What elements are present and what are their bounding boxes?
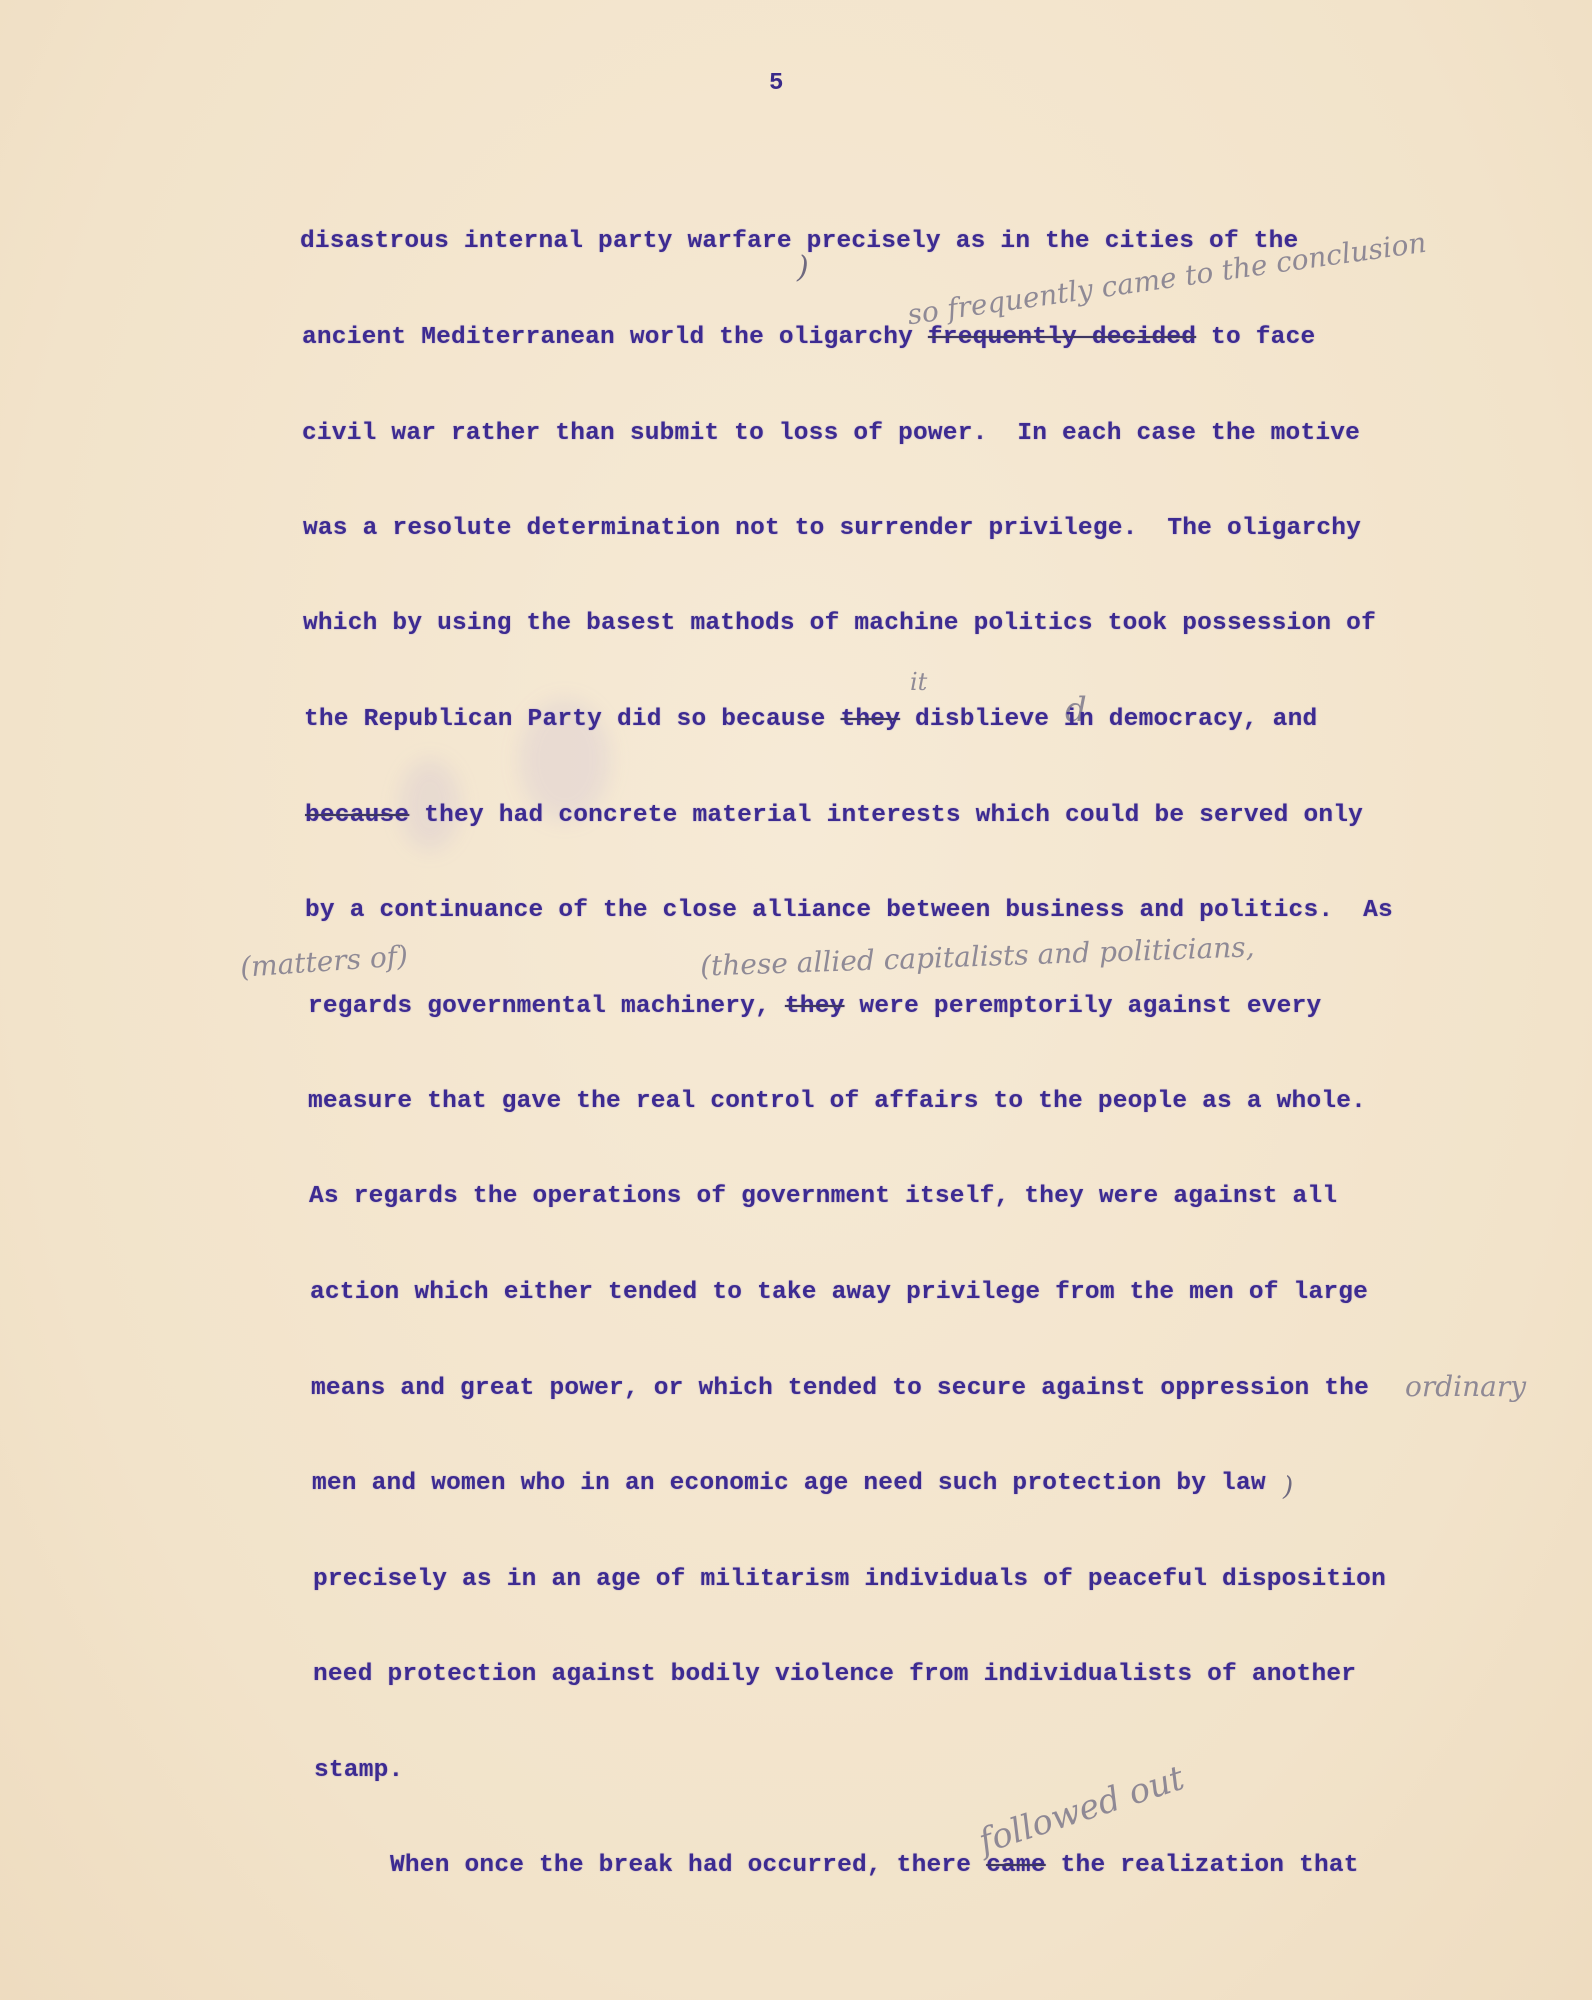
page-number: 5 bbox=[769, 70, 783, 97]
text-segment: they had concrete material interests whi… bbox=[409, 802, 1363, 829]
struck-text: they bbox=[785, 993, 845, 1020]
handwritten-insert-it: it bbox=[910, 668, 927, 696]
text-segment: ancient Mediterranean world the oligarch… bbox=[302, 324, 928, 351]
text-line-13: means and great power, or which tended t… bbox=[311, 1375, 1369, 1402]
text-line-4: was a resolute determination not to surr… bbox=[303, 515, 1361, 542]
text-segment: When once the break had occurred, there bbox=[390, 1852, 986, 1879]
struck-text: because bbox=[305, 802, 409, 829]
text-line-15: precisely as in an age of militarism ind… bbox=[313, 1566, 1386, 1593]
text-segment: regards governmental machinery, bbox=[308, 993, 785, 1020]
text-line-14: men and women who in an economic age nee… bbox=[312, 1470, 1266, 1497]
text-line-9: regards governmental machinery, they wer… bbox=[308, 993, 1321, 1020]
text-line-16: need protection against bodily violence … bbox=[313, 1661, 1356, 1688]
text-line-17: stamp. bbox=[314, 1757, 403, 1784]
text-line-5: which by using the basest mathods of mac… bbox=[303, 610, 1376, 637]
struck-text: they bbox=[841, 706, 901, 733]
text-segment: the realization that bbox=[1046, 1852, 1359, 1879]
struck-text: frequently decided bbox=[928, 324, 1196, 351]
text-line-2: ancient Mediterranean world the oligarch… bbox=[302, 324, 1315, 351]
text-line-18: When once the break had occurred, there … bbox=[390, 1852, 1359, 1879]
text-segment: were peremptorily against every bbox=[845, 993, 1322, 1020]
text-line-8: by a continuance of the close alliance b… bbox=[305, 897, 1393, 924]
text-line-11: As regards the operations of government … bbox=[309, 1183, 1337, 1210]
text-line-6: the Republican Party did so because they… bbox=[304, 706, 1317, 733]
handwritten-note-left: (matters of) bbox=[239, 939, 409, 984]
struck-text: came bbox=[986, 1852, 1046, 1879]
text-segment: the Republican Party did so because bbox=[304, 706, 841, 733]
handwritten-insert-followed-out: followed out bbox=[974, 1758, 1189, 1862]
insert-caret-mark: ) bbox=[797, 250, 809, 285]
text-line-10: measure that gave the real control of af… bbox=[308, 1088, 1366, 1115]
text-line-3: civil war rather than submit to loss of … bbox=[302, 420, 1360, 447]
text-segment: disblieve in democracy, and bbox=[900, 706, 1317, 733]
handwritten-insert-line9: (these allied capitalists and politician… bbox=[700, 930, 1255, 982]
document-page: 5 disastrous internal party warfare prec… bbox=[0, 0, 1592, 2000]
text-line-12: action which either tended to take away … bbox=[310, 1279, 1368, 1306]
text-line-7: because they had concrete material inter… bbox=[305, 802, 1363, 829]
text-segment: to face bbox=[1196, 324, 1315, 351]
handwritten-paren: ) bbox=[1283, 1472, 1293, 1502]
handwritten-insert-ordinary: ordinary bbox=[1405, 1370, 1526, 1403]
